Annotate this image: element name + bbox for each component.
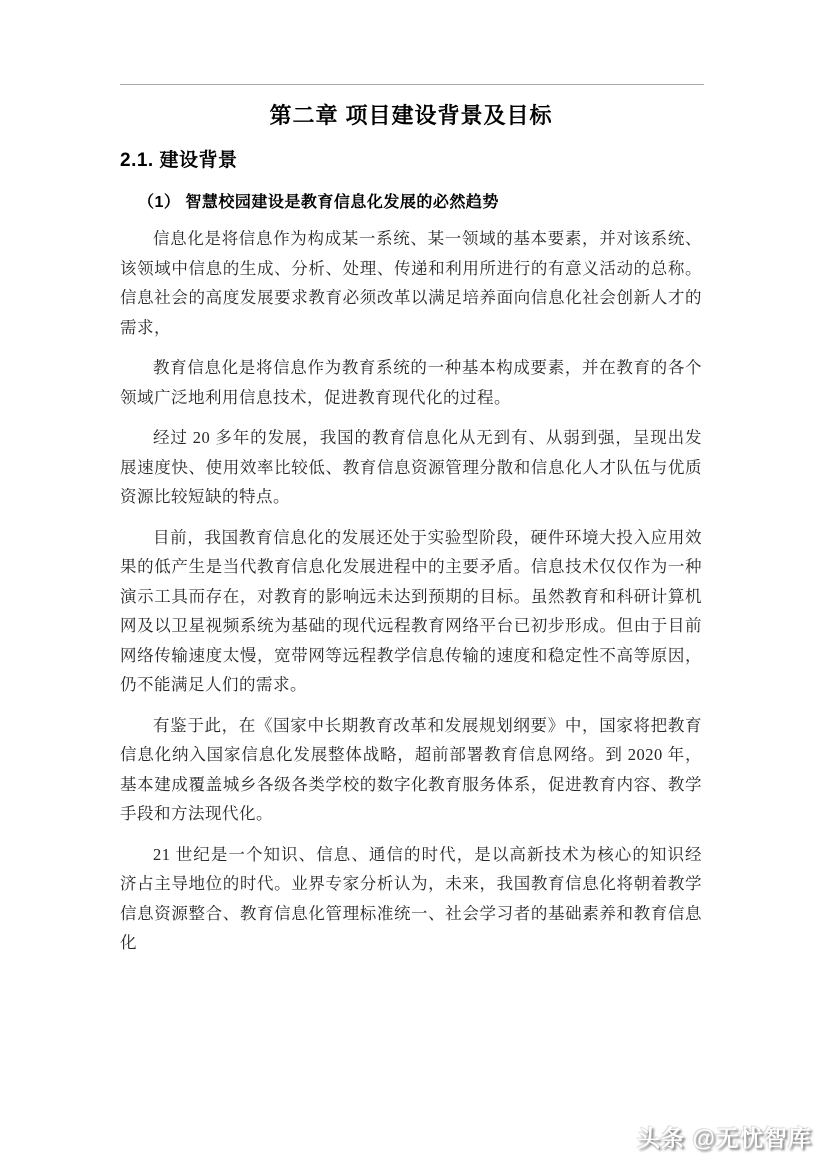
watermark-text: 头条 @无忧智库: [637, 1125, 812, 1151]
subsection-heading: （1） 智慧校园建设是教育信息化发展的必然趋势: [120, 193, 702, 213]
section-heading: 2.1. 建设背景: [120, 149, 702, 173]
body-paragraph-2: 教育信息化是将信息作为教育系统的一种基本构成要素，并在教育的各个领域广泛地利用信…: [120, 353, 702, 412]
document-content: 第二章 项目建设背景及目标 2.1. 建设背景 （1） 智慧校园建设是教育信息化…: [120, 84, 702, 969]
chapter-title: 第二章 项目建设背景及目标: [120, 101, 702, 131]
body-paragraph-5: 有鉴于此，在《国家中长期教育改革和发展规划纲要》中，国家将把教育信息化纳入国家信…: [120, 711, 702, 829]
body-paragraph-1: 信息化是将信息作为构成某一系统、某一领域的基本要素，并对该系统、该领域中信息的生…: [120, 224, 702, 342]
watermark: 头条 @无忧智库: [637, 1120, 812, 1153]
document-page: 第二章 项目建设背景及目标 2.1. 建设背景 （1） 智慧校园建设是教育信息化…: [0, 0, 826, 1169]
body-paragraph-6: 21 世纪是一个知识、信息、通信的时代，是以高新技术为核心的知识经济占主导地位的…: [120, 840, 702, 958]
body-paragraph-4: 目前，我国教育信息化的发展还处于实验型阶段，硬件环境大投入应用效果的低产生是当代…: [120, 523, 702, 700]
body-paragraph-3: 经过 20 多年的发展，我国的教育信息化从无到有、从弱到强，呈现出发展速度快、使…: [120, 423, 702, 512]
